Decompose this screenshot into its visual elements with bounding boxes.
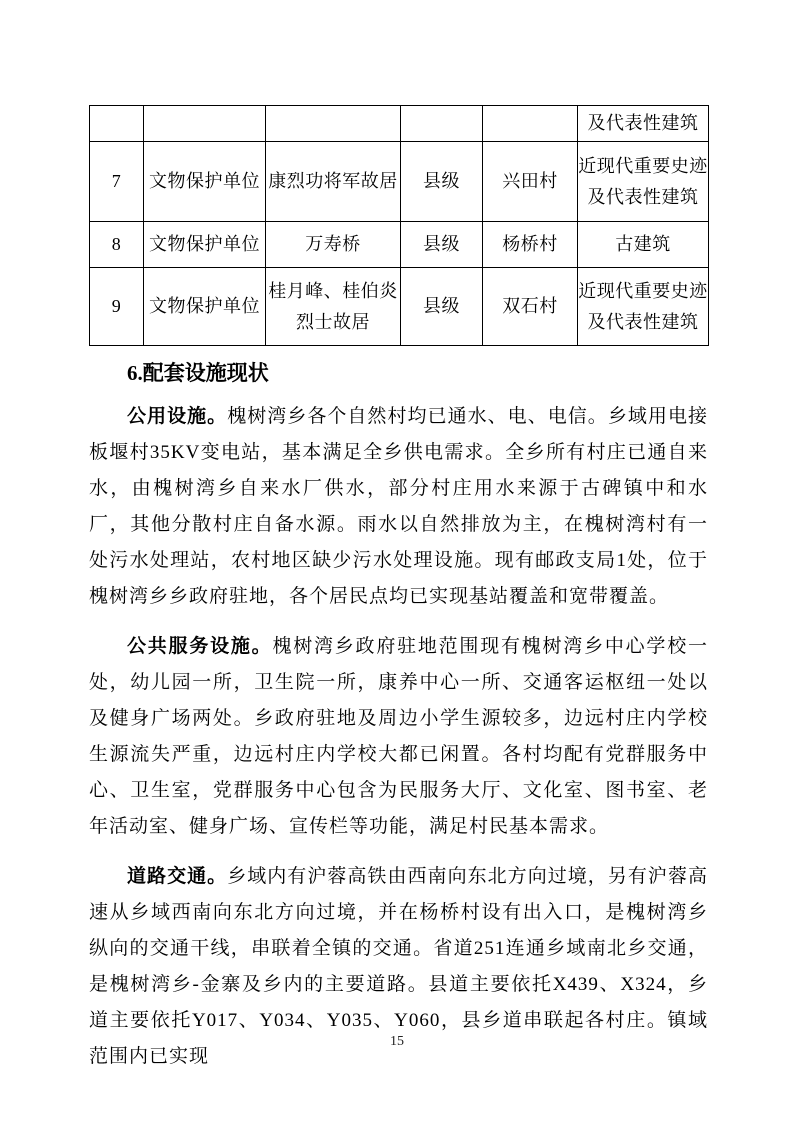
cell-village xyxy=(483,106,578,142)
section-heading: 6.配套设施现状 xyxy=(89,361,708,385)
document-page: 及代表性建筑 7 文物保护单位 康烈功将军故居 县级 兴田村 近现代重要史迹及代… xyxy=(0,0,794,1122)
paragraph-lead: 公用设施。 xyxy=(127,406,227,427)
cell-type: 文物保护单位 xyxy=(144,268,266,346)
cell-name: 桂月峰、桂伯炎烈士故居 xyxy=(266,268,401,346)
cell-name xyxy=(266,106,401,142)
page-content: 及代表性建筑 7 文物保护单位 康烈功将军故居 县级 兴田村 近现代重要史迹及代… xyxy=(89,105,708,1075)
cell-level: 县级 xyxy=(401,268,483,346)
table-row-continued: 及代表性建筑 xyxy=(90,106,709,142)
cell-name: 万寿桥 xyxy=(266,222,401,268)
cell-num: 8 xyxy=(90,222,144,268)
table-row-9: 9 文物保护单位 桂月峰、桂伯炎烈士故居 县级 双石村 近现代重要史迹及代表性建… xyxy=(90,268,709,346)
cell-num xyxy=(90,106,144,142)
page-number: 15 xyxy=(0,1034,794,1050)
cell-num: 9 xyxy=(90,268,144,346)
table-row-7: 7 文物保护单位 康烈功将军故居 县级 兴田村 近现代重要史迹及代表性建筑 xyxy=(90,142,709,222)
cell-level xyxy=(401,106,483,142)
cell-category: 近现代重要史迹及代表性建筑 xyxy=(578,268,709,346)
cell-type: 文物保护单位 xyxy=(144,222,266,268)
cell-village: 兴田村 xyxy=(483,142,578,222)
cell-category: 古建筑 xyxy=(578,222,709,268)
cell-level: 县级 xyxy=(401,222,483,268)
paragraph-public-utilities: 公用设施。槐树湾乡各个自然村均已通水、电、电信。乡域用电接板堰村35KV变电站，… xyxy=(89,399,708,615)
paragraph-lead: 公共服务设施。 xyxy=(127,636,272,657)
cell-type xyxy=(144,106,266,142)
cell-category: 近现代重要史迹及代表性建筑 xyxy=(578,142,709,222)
paragraph-text: 槐树湾乡政府驻地范围现有槐树湾乡中心学校一处，幼儿园一所，卫生院一所，康养中心一… xyxy=(89,636,708,837)
cell-name: 康烈功将军故居 xyxy=(266,142,401,222)
cell-level: 县级 xyxy=(401,142,483,222)
cell-type: 文物保护单位 xyxy=(144,142,266,222)
cell-village: 双石村 xyxy=(483,268,578,346)
cell-village: 杨桥村 xyxy=(483,222,578,268)
paragraph-public-services: 公共服务设施。槐树湾乡政府驻地范围现有槐树湾乡中心学校一处，幼儿园一所，卫生院一… xyxy=(89,629,708,845)
paragraph-text: 槐树湾乡各个自然村均已通水、电、电信。乡域用电接板堰村35KV变电站，基本满足全… xyxy=(89,406,708,607)
table-row-8: 8 文物保护单位 万寿桥 县级 杨桥村 古建筑 xyxy=(90,222,709,268)
paragraph-lead: 道路交通。 xyxy=(127,866,227,887)
cell-category: 及代表性建筑 xyxy=(578,106,709,142)
cell-num: 7 xyxy=(90,142,144,222)
heritage-table: 及代表性建筑 7 文物保护单位 康烈功将军故居 县级 兴田村 近现代重要史迹及代… xyxy=(89,105,709,346)
